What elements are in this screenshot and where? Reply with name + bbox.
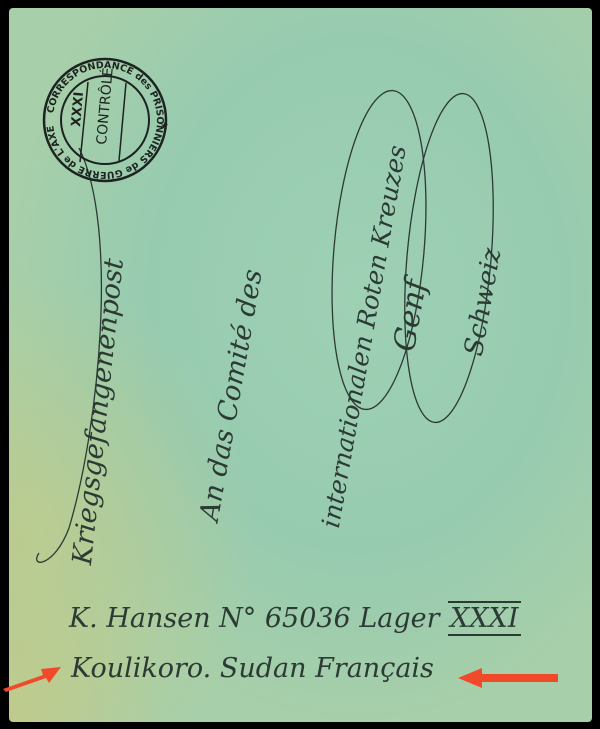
stamp-camp-number: XXXI (69, 91, 87, 127)
star-icon: ★ (160, 121, 168, 132)
envelope: CORRESPONDANCE des PRISONNIERS de GUERRE… (9, 8, 592, 722)
sender-line-1: K. Hansen N° 65036 Lager XXXI (69, 603, 521, 634)
stamp-control-mark: CONTRÔLÉ (92, 67, 117, 145)
sender-line-2: Koulikoro. Sudan Français (71, 653, 434, 684)
address-city: Genf (387, 277, 434, 354)
censor-stamp: CORRESPONDANCE des PRISONNIERS de GUERRE… (42, 57, 168, 183)
sender-name-number: K. Hansen N° 65036 Lager (69, 603, 440, 634)
sender-camp: XXXI (448, 601, 520, 636)
arrow-left-icon (458, 668, 558, 688)
address-country: Schweiz (459, 246, 507, 358)
arrow-right-icon (3, 663, 63, 693)
service-note: Kriegsgefangenenpost (67, 257, 130, 566)
address-line-1: An das Comité des (194, 267, 269, 523)
